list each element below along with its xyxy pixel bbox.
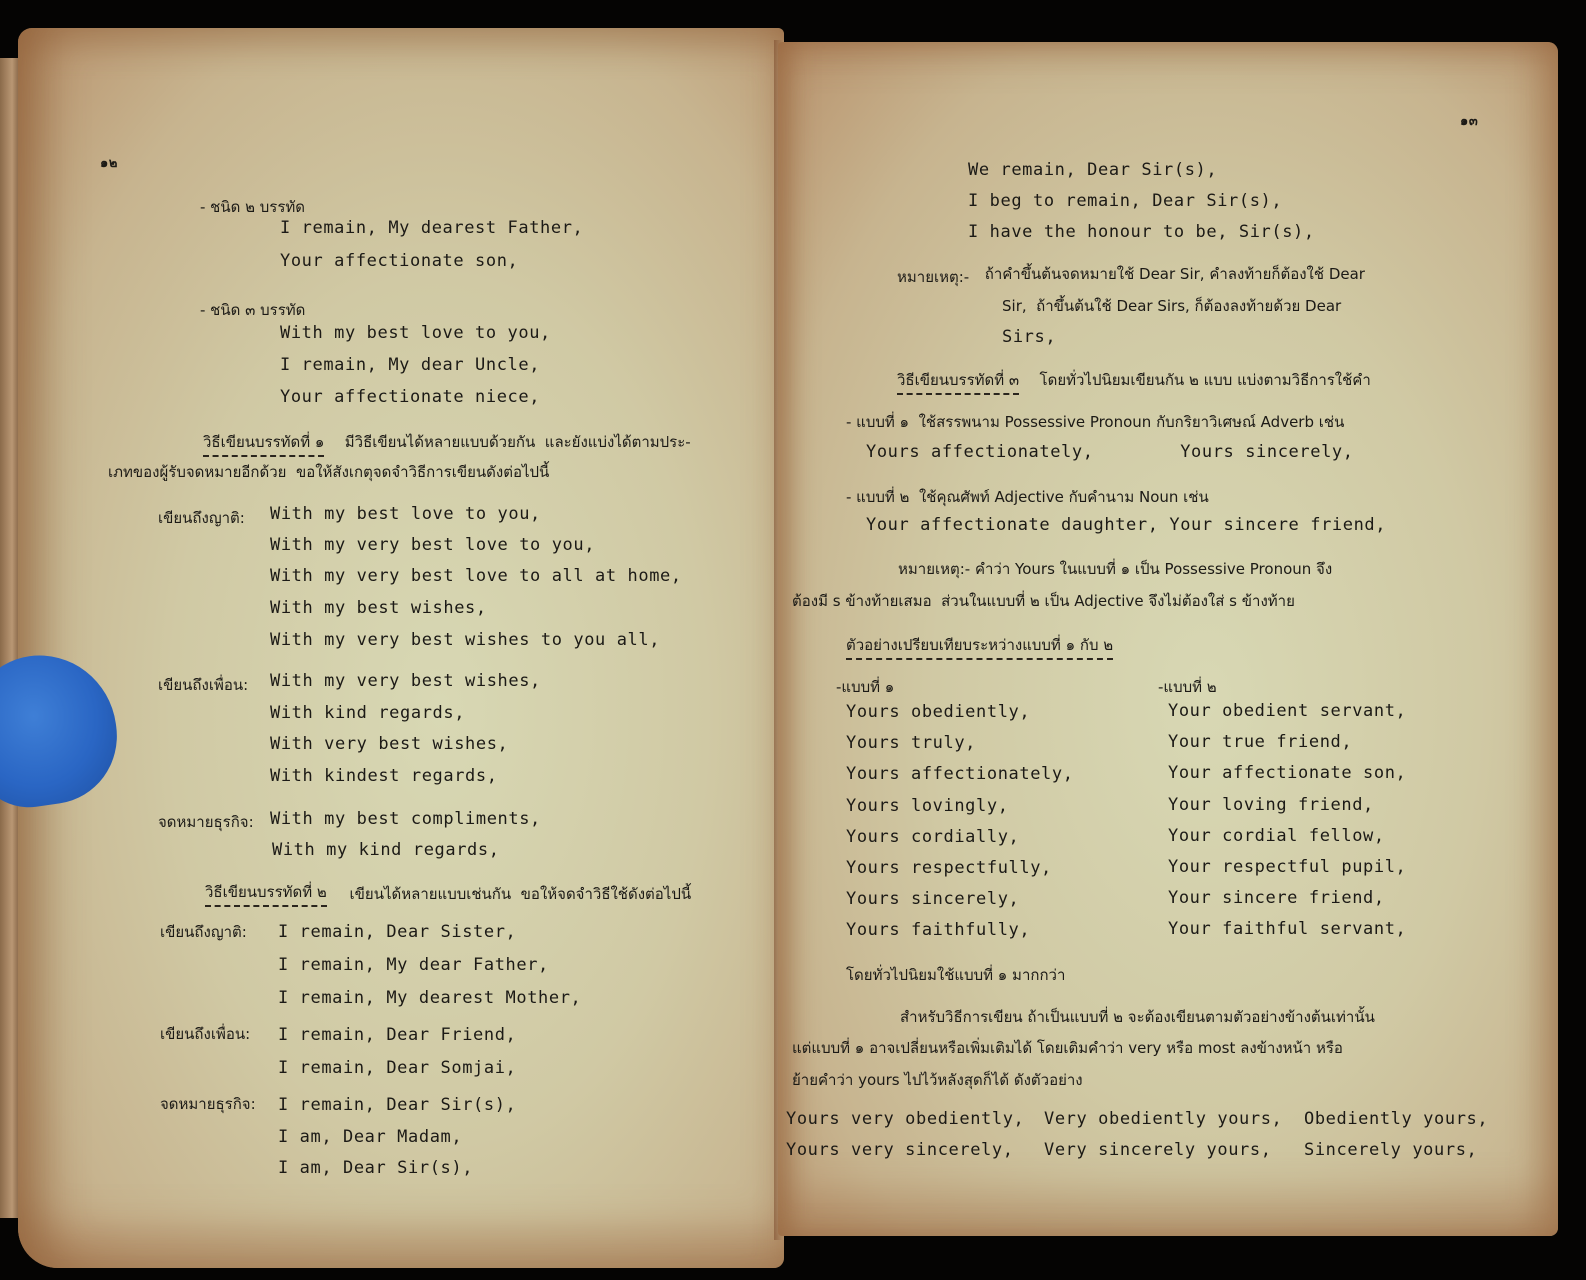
list-item: Your true friend, [1168,727,1406,758]
paragraph-line: สำหรับวิธีการเขียน ถ้าเป็นแบบที่ ๒ จะต้อ… [900,1005,1375,1029]
comparison-col2: Your obedient servant, Your true friend,… [1168,696,1406,946]
closing-line: I remain, Dear Sister, [278,922,516,942]
closing-line: With my best love to you, [270,504,541,524]
closing-line: With my kind regards, [272,840,500,860]
two-line-heading: - ชนิด ๒ บรรทัด [200,195,305,219]
group-label-business: จดหมายธุรกิจ: [160,1092,256,1116]
section2-text: เขียนได้หลายแบบเช่นกัน ขอให้จดจำวิธีใช้ด… [340,882,691,906]
closing-line: I remain, Dear Sir(s), [278,1095,516,1115]
section1-text: เภทของผู้รับจดหมายอีกด้วย ขอให้สังเกตุจด… [108,460,549,484]
note2-text: ต้องมี s ข้างท้ายเสมอ ส่วนในแบบที่ ๒ เป็… [792,589,1295,613]
closing-line: With very best wishes, [270,734,508,754]
section3-text: โดยทั่วไปนิยมเขียนกัน ๒ แบบ แบ่งตามวิธีก… [1030,368,1371,392]
list-item: Yours lovingly, [846,791,1074,822]
closing-line: With my very best wishes, [270,671,541,691]
closing-line: I remain, My dear Uncle, [280,355,540,375]
list-item: Your sincere friend, [1168,883,1406,914]
closing-line: I am, Dear Madam, [278,1127,462,1147]
list-item: Your respectful pupil, [1168,852,1406,883]
type1-description: - แบบที่ ๑ ใช้สรรพนาม Possessive Pronoun… [846,410,1344,434]
list-item: Yours respectfully, [846,853,1074,884]
note1-label: หมายเหตุ:- [897,265,969,289]
list-item: Yours affectionately, [846,759,1074,790]
page-number-right: ๑๓ [1460,110,1478,131]
section2-title: วิธีเขียนบรรทัดที่ ๒ [205,880,327,907]
group-label-friends: เขียนถึงเพื่อน: [158,673,248,697]
closing-line: We remain, Dear Sir(s), [968,160,1217,180]
section3-title: วิธีเขียนบรรทัดที่ ๓ [897,368,1019,395]
group-label-friends: เขียนถึงเพื่อน: [160,1022,250,1046]
variation-item: Yours very sincerely, [786,1140,1014,1160]
comparison-col1-header: -แบบที่ ๑ [836,675,894,699]
list-item: Yours truly, [846,728,1074,759]
paragraph-line: แต่แบบที่ ๑ อาจเปลี่ยนหรือเพิ่มเติมได้ โ… [792,1036,1343,1060]
closing-line: I am, Dear Sir(s), [278,1158,473,1178]
closing-line: With my best compliments, [270,809,541,829]
variation-item: Sincerely yours, [1304,1140,1477,1160]
list-item: Yours obediently, [846,697,1074,728]
comparison-col1: Yours obediently, Yours truly, Yours aff… [846,697,1074,947]
closing-line: I remain, My dearest Mother, [278,988,581,1008]
comparison-title: ตัวอย่างเปรียบเทียบระหว่างแบบที่ ๑ กับ ๒ [846,633,1113,660]
variation-item: Obediently yours, [1304,1109,1488,1129]
list-item: Your cordial fellow, [1168,821,1406,852]
closing-line: I remain, Dear Friend, [278,1025,516,1045]
type2-examples: Your affectionate daughter, Your sincere… [866,515,1386,535]
section1-text: มีวิธีเขียนได้หลายแบบด้วยกัน และยังแบ่งไ… [340,430,691,454]
list-item: Yours sincerely, [846,884,1074,915]
closing-line: With my very best love to all at home, [270,566,682,586]
list-item: Your loving friend, [1168,790,1406,821]
closing-line: I remain, My dear Father, [278,955,549,975]
closing-line: With my very best wishes to you all, [270,630,660,650]
group-label-relatives: เขียนถึงญาติ: [158,506,245,530]
variation-item: Very obediently yours, [1044,1109,1282,1129]
closing-line: I have the honour to be, Sir(s), [968,222,1315,242]
closing-line: Your affectionate niece, [280,387,540,407]
closing-line: With my very best love to you, [270,535,595,555]
closing-line: With my best love to you, [280,323,551,343]
note1-text: Sir, ถ้าขึ้นต้นใช้ Dear Sirs, ก็ต้องลงท้… [1002,294,1341,318]
closing-line: With kindest regards, [270,766,498,786]
note2-text: หมายเหตุ:- คำว่า Yours ในแบบที่ ๑ เป็น P… [898,557,1332,581]
closing-line: I remain, My dearest Father, [280,218,583,238]
list-item: Yours cordially, [846,822,1074,853]
closing-line: I beg to remain, Dear Sir(s), [968,191,1282,211]
closing-line: With kind regards, [270,703,465,723]
list-item: Yours faithfully, [846,915,1074,946]
variation-item: Very sincerely yours, [1044,1140,1272,1160]
closing-line: With my best wishes, [270,598,487,618]
type1-examples: Yours affectionately, Yours sincerely, [866,442,1354,462]
closing-line: Your affectionate son, [280,251,518,271]
list-item: Your obedient servant, [1168,696,1406,727]
note1-text: Sirs, [1002,327,1056,347]
list-item: Your affectionate son, [1168,758,1406,789]
variation-item: Yours very obediently, [786,1109,1024,1129]
section1-title: วิธีเขียนบรรทัดที่ ๑ [203,430,324,457]
type2-description: - แบบที่ ๒ ใช้คุณศัพท์ Adjective กับคำนา… [846,485,1209,509]
page-number-left: ๑๒ [100,152,118,173]
group-label-business: จดหมายธุรกิจ: [158,810,254,834]
note1-text: ถ้าคำขึ้นต้นจดหมายใช้ Dear Sir, คำลงท้าย… [980,262,1365,286]
three-line-heading: - ชนิด ๓ บรรทัด [200,298,305,322]
closing-line: I remain, Dear Somjai, [278,1058,516,1078]
group-label-relatives: เขียนถึงญาติ: [160,920,247,944]
paragraph-line: ย้ายคำว่า yours ไปไว้หลังสุดก็ได้ ดังตัว… [792,1068,1083,1092]
general-note: โดยทั่วไปนิยมใช้แบบที่ ๑ มากกว่า [846,963,1065,987]
list-item: Your faithful servant, [1168,914,1406,945]
